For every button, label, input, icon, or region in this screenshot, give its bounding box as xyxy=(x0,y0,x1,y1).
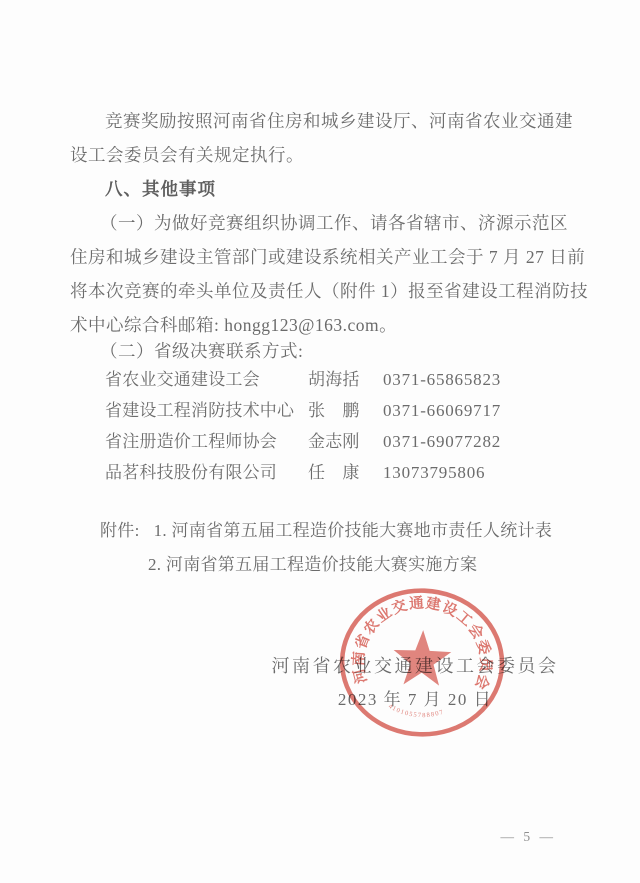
paragraph-reward-line1: 竞赛奖励按照河南省住房和城乡建设厅、河南省农业交通建 xyxy=(70,104,572,138)
contact-org: 省注册造价工程师协会 xyxy=(105,426,308,457)
contact-org: 省建设工程消防技术中心 xyxy=(105,395,308,426)
contact-row: 省注册造价工程师协会 金志刚 0371-69077282 xyxy=(70,426,572,457)
attachment-line-2: 2. 河南省第五届工程造价技能大赛实施方案 xyxy=(70,548,580,582)
attachment-item: 2. 河南省第五届工程造价技能大赛实施方案 xyxy=(148,555,477,574)
contact-org: 省农业交通建设工会 xyxy=(105,364,308,395)
paragraph-coordination-line1: （一）为做好竞赛组织协调工作、请各省辖市、济源示范区 xyxy=(70,206,572,240)
document-page: 竞赛奖励按照河南省住房和城乡建设厅、河南省农业交通建 设工会委员会有关规定执行。… xyxy=(0,0,640,883)
contact-list-heading: （二）省级决赛联系方式: xyxy=(70,334,572,368)
contact-row: 品茗科技股份有限公司 任 康 13073795806 xyxy=(70,457,572,488)
contact-phone: 0371-66069717 xyxy=(383,395,501,426)
attachment-line-1: 附件:1. 河南省第五届工程造价技能大赛地市责任人统计表 xyxy=(70,514,580,548)
contact-name: 胡海括 xyxy=(308,364,383,395)
contact-phone: 0371-65865823 xyxy=(383,364,501,395)
contact-name: 任 康 xyxy=(308,457,383,488)
signature-organization: 河南省农业交通建设工会委员会 xyxy=(250,649,580,683)
paragraph-coordination-line2: 住房和城乡建设主管部门或建设系统相关产业工会于 7 月 27 日前 xyxy=(70,240,572,274)
contact-name: 张 鹏 xyxy=(308,395,383,426)
contact-row: 省建设工程消防技术中心 张 鹏 0371-66069717 xyxy=(70,395,572,426)
contact-phone: 0371-69077282 xyxy=(383,426,501,457)
signature-date: 2023 年 7 月 20 日 xyxy=(250,683,580,716)
attachment-label: 附件: xyxy=(100,521,140,540)
attachment-item: 1. 河南省第五届工程造价技能大赛地市责任人统计表 xyxy=(154,521,553,540)
contact-org: 品茗科技股份有限公司 xyxy=(105,457,308,488)
signature-block: 河南省农业交通建设工会委员会 2023 年 7 月 20 日 xyxy=(250,649,580,716)
section-heading-other-matters: 八、其他事项 xyxy=(70,172,572,206)
paragraph-reward-line2: 设工会委员会有关规定执行。 xyxy=(70,138,572,172)
contact-phone: 13073795806 xyxy=(383,457,485,488)
contact-row: 省农业交通建设工会 胡海括 0371-65865823 xyxy=(70,364,572,395)
paragraph-coordination-line3: 将本次竞赛的牵头单位及责任人（附件 1）报至省建设工程消防技 xyxy=(70,274,572,308)
contact-name: 金志刚 xyxy=(308,426,383,457)
page-number: — 5 — xyxy=(501,827,557,847)
